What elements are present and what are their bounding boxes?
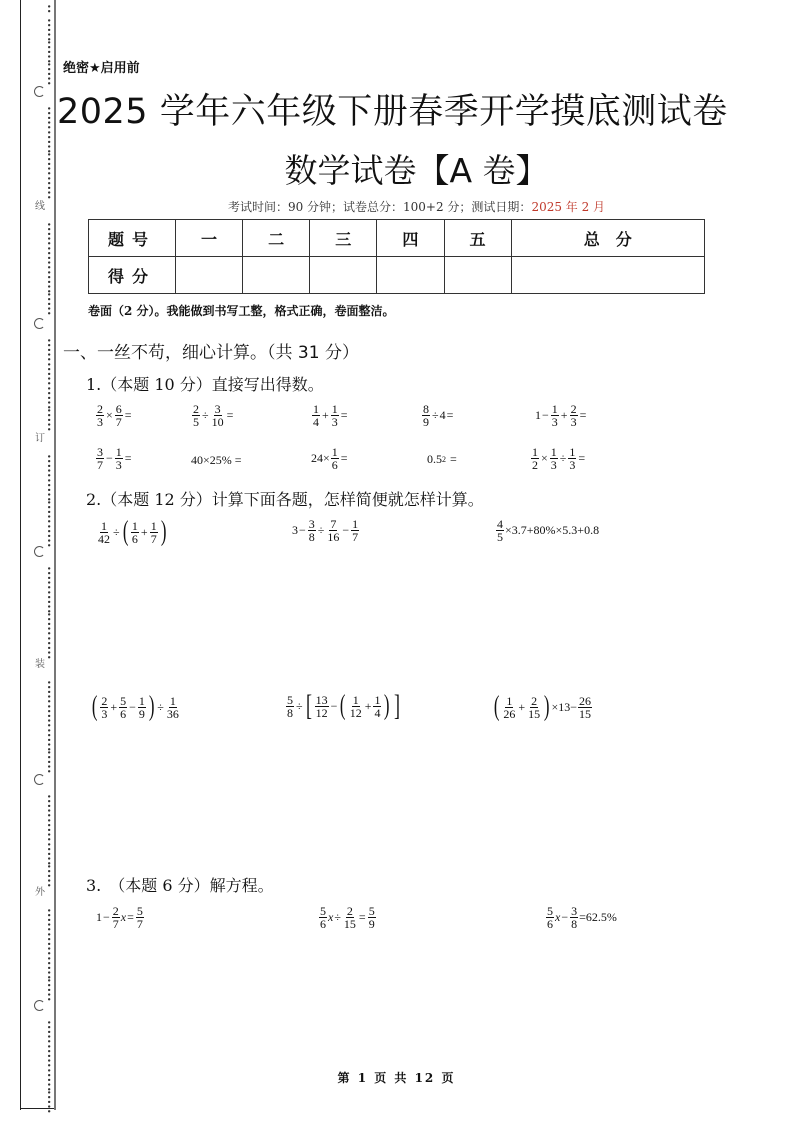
score-cell-total[interactable]	[511, 257, 704, 294]
score-cell-1[interactable]	[176, 257, 243, 294]
dotted-mark: •••••	[30, 818, 50, 842]
dotted-mark: •••••	[30, 1090, 50, 1114]
q2-item-5: 58÷[1312−(112+14)]	[285, 691, 402, 721]
dotted-mark: •••••	[30, 454, 50, 478]
dotted-mark: •••••	[30, 40, 50, 64]
q2-item-4: (23+56−19)÷136	[90, 693, 181, 721]
dotted-mark: ••	[30, 4, 50, 13]
dotted-mark: •••••	[30, 386, 50, 410]
dotted-mark: •••••	[30, 106, 50, 130]
dotted-mark: •••••	[30, 408, 50, 432]
row-head-score: 得分	[89, 257, 176, 294]
q2-item-6: (126+215)×13−2615	[492, 693, 593, 721]
q1-item-6: 37−13=	[95, 446, 133, 471]
dotted-mark: •••••	[30, 18, 50, 42]
exam-info-text: 考试时间：90 分钟；试卷总分：100+2 分；测试日期：	[228, 200, 532, 214]
dotted-mark: •••••	[30, 62, 50, 86]
dotted-mark: •••••	[30, 728, 50, 752]
score-table-header-row: 题号 一 二 三 四 五 总 分	[89, 220, 705, 257]
score-cell-2[interactable]	[243, 257, 310, 294]
q1-item-1: 23×67=	[95, 403, 133, 428]
score-cell-4[interactable]	[377, 257, 444, 294]
q1-item-5: 1−13+23=	[535, 403, 587, 428]
col-3: 三	[310, 220, 377, 257]
q1-item-4: 89÷4=	[421, 403, 454, 428]
confidential-label: 绝密★启用前	[63, 57, 140, 76]
col-5: 五	[444, 220, 511, 257]
dotted-mark: •••••	[30, 500, 50, 524]
neatness-note: 卷面（2 分）。我能做到书写工整，格式正确，卷面整洁。	[88, 302, 395, 319]
dotted-mark: •••••	[30, 1044, 50, 1068]
circle-icon	[30, 86, 50, 97]
section-1-title: 一、一丝不苟，细心计算。（共 31 分）	[63, 338, 359, 363]
q1-item-10: 12×13÷13=	[530, 446, 586, 471]
dotted-mark: •••••	[30, 932, 50, 956]
q1-item-8: 24×16=	[311, 446, 349, 471]
score-cell-3[interactable]	[310, 257, 377, 294]
q1-item-2: 25÷310=	[191, 403, 234, 428]
q3-item-3: 56x−38=62.5%	[545, 905, 617, 930]
binding-label-zhuang: 装	[30, 660, 50, 670]
dotted-mark: •••••	[30, 478, 50, 502]
dotted-mark: •••••	[30, 680, 50, 704]
q2-item-1: 142÷(16+17)	[96, 518, 168, 546]
page-number: 第 1 页 共 12 页	[0, 1069, 793, 1086]
exam-date: 2025 年 2 月	[531, 200, 605, 214]
dotted-mark: •••••	[30, 524, 50, 548]
circle-icon	[30, 318, 50, 329]
dotted-mark: •••••	[30, 704, 50, 728]
row-head-question-no: 题号	[89, 220, 176, 257]
question-1-title: 1.（本题 10 分）直接写出得数。	[86, 372, 324, 395]
score-cell-5[interactable]	[444, 257, 511, 294]
binding-label-wai: 外	[30, 888, 50, 898]
q3-item-1: 1−27x=57	[96, 905, 145, 930]
col-4: 四	[377, 220, 444, 257]
dotted-mark: •••••	[30, 956, 50, 980]
dotted-mark: •••••	[30, 362, 50, 386]
score-table-score-row: 得分	[89, 257, 705, 294]
page-subtitle: 数学试卷【A 卷】	[0, 145, 793, 192]
col-total: 总 分	[511, 220, 704, 257]
circle-icon	[30, 774, 50, 785]
binding-label-ding: 订	[30, 434, 50, 444]
dotted-mark: •••••	[30, 270, 50, 294]
dotted-mark: •••••	[30, 338, 50, 362]
circle-icon	[30, 1000, 50, 1011]
q1-item-9: 0.52=	[427, 452, 458, 467]
q2-item-3: 45×3.7+80%×5.3+0.8	[495, 518, 599, 543]
dotted-mark: •••••	[30, 636, 50, 660]
dotted-mark: •••••	[30, 1020, 50, 1044]
dotted-mark: •••••	[30, 590, 50, 614]
score-table: 题号 一 二 三 四 五 总 分 得分	[88, 219, 705, 294]
dotted-mark: •••••	[30, 794, 50, 818]
dotted-mark: •••••	[30, 246, 50, 270]
dotted-mark: •••••	[30, 292, 50, 316]
q1-item-7: 40×25% =	[191, 453, 242, 468]
dotted-mark: •••••	[30, 750, 50, 774]
col-2: 二	[243, 220, 310, 257]
dotted-mark: •••••	[30, 222, 50, 246]
dotted-mark: •••••	[30, 978, 50, 1002]
q1-item-3: 14+13=	[311, 403, 349, 428]
question-2-title: 2.（本题 12 分）计算下面各题，怎样简便就怎样计算。	[86, 487, 484, 510]
dotted-mark: •••••	[30, 864, 50, 888]
page-title: 2025 学年六年级下册春季开学摸底测试卷	[57, 84, 728, 134]
dotted-mark: •••••	[30, 566, 50, 590]
circle-icon	[30, 546, 50, 557]
dotted-mark: •••••	[30, 908, 50, 932]
q2-item-2: 3−38÷716−17	[292, 518, 360, 543]
dotted-mark: •••••	[30, 842, 50, 866]
col-1: 一	[176, 220, 243, 257]
dotted-mark: •••••	[30, 612, 50, 636]
q3-item-2: 56x÷215=59	[318, 905, 377, 930]
exam-info: 考试时间：90 分钟；试卷总分：100+2 分；测试日期：2025 年 2 月	[0, 198, 793, 215]
question-3-title: 3. （本题 6 分）解方程。	[86, 873, 274, 896]
